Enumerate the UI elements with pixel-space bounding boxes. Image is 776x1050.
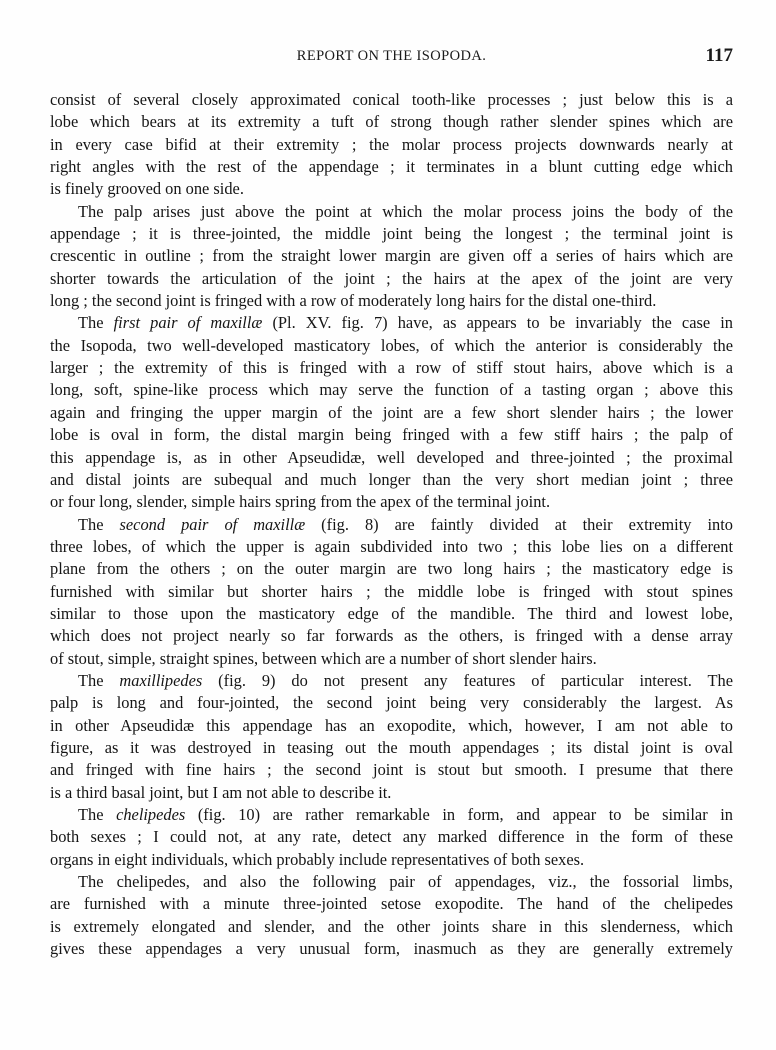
- text-line: palp is long and four-jointed, the secon…: [50, 692, 733, 714]
- page-header: REPORT ON THE ISOPODA. 117: [50, 46, 733, 70]
- text-line: organs in eight individuals, which proba…: [50, 849, 733, 871]
- text-segment: similar to those upon the masticatory ed…: [50, 604, 733, 623]
- paragraph-mandible-continuation: consist of several closely approximated …: [50, 89, 733, 201]
- text-segment: which does not project nearly so far for…: [50, 626, 733, 645]
- text-segment: furnished with similar but shorter hairs…: [50, 582, 733, 601]
- text-segment: lobe is oval in form, the distal margin …: [50, 425, 733, 444]
- text-segment: right angles with the rest of the append…: [50, 157, 733, 176]
- text-segment: is extremely elongated and slender, and …: [50, 917, 733, 936]
- paragraph-maxillipedes: The maxillipedes (fig. 9) do not present…: [50, 670, 733, 804]
- text-line: and fringed with fine hairs ; the second…: [50, 759, 733, 781]
- document-page: REPORT ON THE ISOPODA. 117 consist of se…: [0, 0, 776, 1050]
- text-line: again and fringing the upper margin of t…: [50, 402, 733, 424]
- text-line: The maxillipedes (fig. 9) do not present…: [50, 670, 733, 692]
- text-line: crescentic in outline ; from the straigh…: [50, 245, 733, 267]
- text-segment: the Isopoda, two well-developed masticat…: [50, 336, 733, 355]
- text-segment: long, soft, spine-like process which may…: [50, 380, 733, 399]
- text-line: The first pair of maxillæ (Pl. XV. fig. …: [50, 312, 733, 334]
- text-segment: of stout, simple, straight spines, betwe…: [50, 649, 597, 668]
- paragraph-chelipedes-exopodite: The chelipedes, and also the following p…: [50, 871, 733, 960]
- text-segment: The palp arises just above the point at …: [78, 202, 733, 221]
- text-segment: in every case bifid at their extremity ;…: [50, 135, 733, 154]
- text-line: The chelipedes, and also the following p…: [50, 871, 733, 893]
- text-line: are furnished with a minute three-jointe…: [50, 893, 733, 915]
- text-segment: is a third basal joint, but I am not abl…: [50, 783, 391, 802]
- paragraph-first-maxillae: The first pair of maxillæ (Pl. XV. fig. …: [50, 312, 733, 513]
- text-segment: organs in eight individuals, which proba…: [50, 850, 584, 869]
- text-segment: in other Apseudidæ this appendage has an…: [50, 716, 733, 735]
- text-segment: (fig. 8) are faintly divided at their ex…: [305, 515, 733, 534]
- text-line: or four long, slender, simple hairs spri…: [50, 491, 733, 513]
- body-text: consist of several closely approximated …: [50, 89, 733, 960]
- text-segment: consist of several closely approximated …: [50, 90, 733, 109]
- text-line: is finely grooved on one side.: [50, 178, 733, 200]
- text-segment: and fringed with fine hairs ; the second…: [50, 760, 733, 779]
- text-segment: The: [78, 313, 114, 332]
- text-segment: The chelipedes, and also the following p…: [78, 872, 733, 891]
- text-segment: again and fringing the upper margin of t…: [50, 403, 733, 422]
- text-line: The second pair of maxillæ (fig. 8) are …: [50, 514, 733, 536]
- text-line: in other Apseudidæ this appendage has an…: [50, 715, 733, 737]
- running-title: REPORT ON THE ISOPODA.: [50, 48, 733, 65]
- text-segment: and distal joints are subequal and much …: [50, 470, 733, 489]
- text-line: plane from the others ; on the outer mar…: [50, 558, 733, 580]
- text-line: is extremely elongated and slender, and …: [50, 916, 733, 938]
- text-segment: palp is long and four-jointed, the secon…: [50, 693, 733, 712]
- text-line: consist of several closely approximated …: [50, 89, 733, 111]
- text-line: both sexes ; I could not, at any rate, d…: [50, 826, 733, 848]
- text-segment: long ; the second joint is fringed with …: [50, 291, 656, 310]
- text-line: The palp arises just above the point at …: [50, 201, 733, 223]
- text-line: of stout, simple, straight spines, betwe…: [50, 648, 733, 670]
- text-segment: lobe which bears at its extremity a tuft…: [50, 112, 733, 131]
- text-line: shorter towards the articulation of the …: [50, 268, 733, 290]
- text-segment: (fig. 9) do not present any features of …: [202, 671, 733, 690]
- text-line: three lobes, of which the upper is again…: [50, 536, 733, 558]
- italic-term: maxillipedes: [119, 671, 202, 690]
- text-line: The chelipedes (fig. 10) are rather rema…: [50, 804, 733, 826]
- text-line: the Isopoda, two well-developed masticat…: [50, 335, 733, 357]
- text-segment: or four long, slender, simple hairs spri…: [50, 492, 550, 511]
- text-line: larger ; the extremity of this is fringe…: [50, 357, 733, 379]
- text-line: long, soft, spine-like process which may…: [50, 379, 733, 401]
- text-line: furnished with similar but shorter hairs…: [50, 581, 733, 603]
- text-segment: appendage ; it is three-jointed, the mid…: [50, 224, 733, 243]
- text-segment: both sexes ; I could not, at any rate, d…: [50, 827, 733, 846]
- text-line: is a third basal joint, but I am not abl…: [50, 782, 733, 804]
- text-line: figure, as it was destroyed in teasing o…: [50, 737, 733, 759]
- text-line: lobe is oval in form, the distal margin …: [50, 424, 733, 446]
- text-line: right angles with the rest of the append…: [50, 156, 733, 178]
- text-segment: (Pl. XV. fig. 7) have, as appears to be …: [262, 313, 733, 332]
- text-segment: shorter towards the articulation of the …: [50, 269, 733, 288]
- italic-term: first pair of maxillæ: [114, 313, 263, 332]
- italic-term: chelipedes: [116, 805, 185, 824]
- text-segment: gives these appendages a very unusual fo…: [50, 939, 733, 958]
- text-segment: figure, as it was destroyed in teasing o…: [50, 738, 733, 757]
- text-segment: The: [78, 515, 120, 534]
- text-line: appendage ; it is three-jointed, the mid…: [50, 223, 733, 245]
- paragraph-palp: The palp arises just above the point at …: [50, 201, 733, 313]
- paragraph-chelipedes: The chelipedes (fig. 10) are rather rema…: [50, 804, 733, 871]
- text-line: and distal joints are subequal and much …: [50, 469, 733, 491]
- text-segment: is finely grooved on one side.: [50, 179, 244, 198]
- page-number: 117: [706, 45, 733, 67]
- text-segment: larger ; the extremity of this is fringe…: [50, 358, 733, 377]
- text-segment: three lobes, of which the upper is again…: [50, 537, 733, 556]
- text-segment: The: [78, 805, 116, 824]
- text-line: which does not project nearly so far for…: [50, 625, 733, 647]
- italic-term: second pair of maxillæ: [120, 515, 306, 534]
- text-line: in every case bifid at their extremity ;…: [50, 134, 733, 156]
- text-segment: The: [78, 671, 119, 690]
- text-line: lobe which bears at its extremity a tuft…: [50, 111, 733, 133]
- paragraph-second-maxillae: The second pair of maxillæ (fig. 8) are …: [50, 514, 733, 670]
- text-segment: (fig. 10) are rather remarkable in form,…: [185, 805, 733, 824]
- text-segment: crescentic in outline ; from the straigh…: [50, 246, 733, 265]
- text-line: gives these appendages a very unusual fo…: [50, 938, 733, 960]
- text-line: this appendage is, as in other Apseudidæ…: [50, 447, 733, 469]
- text-segment: plane from the others ; on the outer mar…: [50, 559, 733, 578]
- text-segment: this appendage is, as in other Apseudidæ…: [50, 448, 733, 467]
- text-segment: are furnished with a minute three-jointe…: [50, 894, 733, 913]
- text-line: long ; the second joint is fringed with …: [50, 290, 733, 312]
- text-line: similar to those upon the masticatory ed…: [50, 603, 733, 625]
